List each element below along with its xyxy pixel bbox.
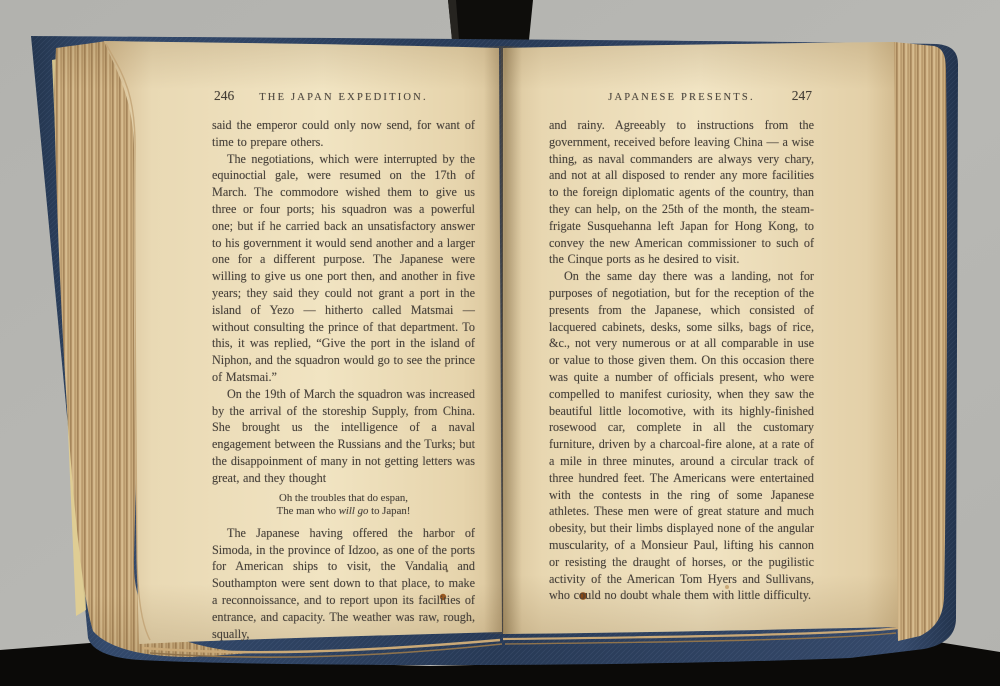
left-page-text: 246 THE JAPAN EXPEDITION. said the emper…: [212, 88, 475, 642]
scene-background: [0, 0, 1000, 686]
left-page-number: 246: [214, 88, 234, 105]
fore-edge-right: [894, 42, 947, 641]
paragraph: The negotiations, which were interrupted…: [212, 151, 475, 386]
paragraph: On the same day there was a landing, not…: [549, 268, 814, 604]
book-strap: [448, 0, 533, 40]
paragraph: The Japanese having offered the harbor o…: [212, 525, 475, 643]
book-photograph: { "photo": { "background_color": "#b6b6b…: [0, 0, 1000, 686]
left-page-header: 246 THE JAPAN EXPEDITION.: [212, 88, 475, 105]
right-page-header: JAPANESE PRESENTS. 247: [549, 88, 814, 105]
right-running-header: JAPANESE PRESENTS.: [549, 88, 814, 107]
paragraph: On the 19th of March the squadron was in…: [212, 386, 475, 487]
verse-line: The man who will go to Japan!: [212, 505, 475, 519]
verse-line: Oh the troubles that do espan,: [212, 492, 475, 506]
verse: Oh the troubles that do espan, The man w…: [212, 492, 475, 519]
left-running-header: THE JAPAN EXPEDITION.: [212, 88, 475, 107]
right-page-number: 247: [792, 88, 812, 105]
paragraph: and rainy. Agreeably to instructions fro…: [549, 117, 814, 268]
paragraph: said the emperor could only now send, fo…: [212, 117, 475, 151]
right-page-text: JAPANESE PRESENTS. 247 and rainy. Agreea…: [549, 88, 814, 604]
